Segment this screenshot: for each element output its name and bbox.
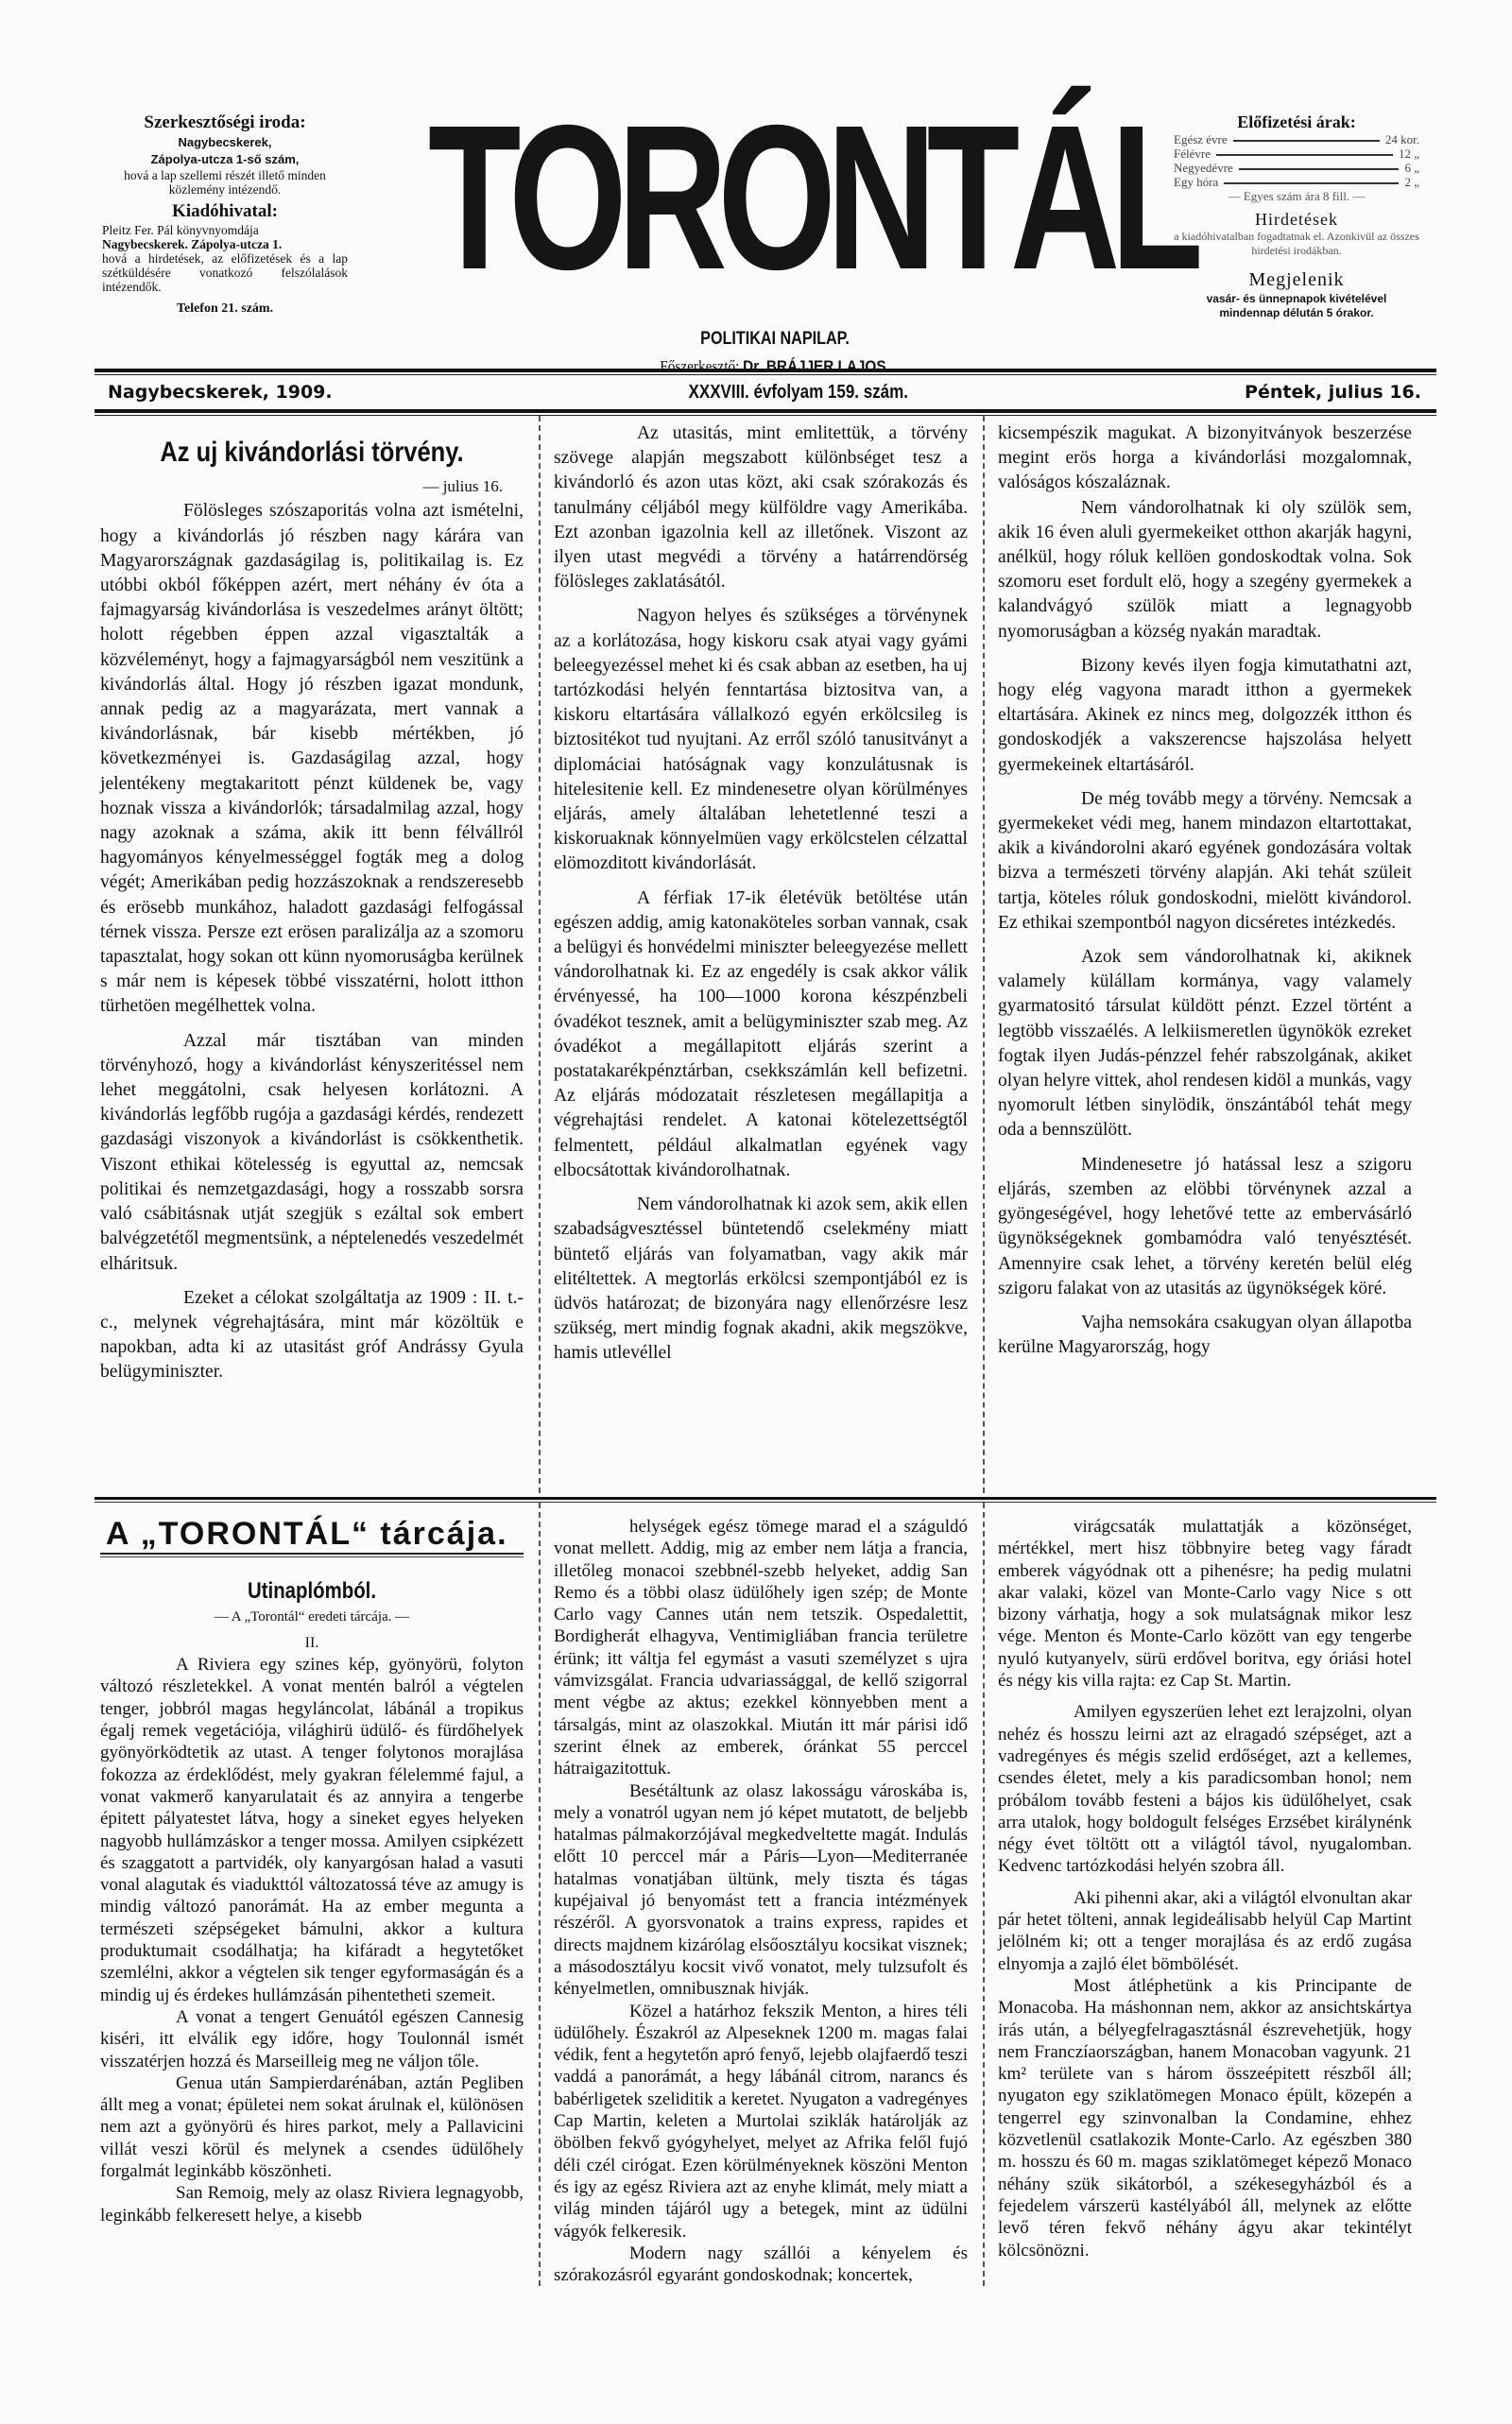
paragraph: Azzal már tisztában van minden törvényho… <box>100 1029 524 1277</box>
paragraph: Genua után Sampierdarénában, aztán Pegli… <box>100 2072 524 2182</box>
paragraph: virágcsaták mulattatják a közönséget, mé… <box>998 1516 1412 1692</box>
paragraph: Vajha nemsokára csakugyan olyan állapotb… <box>998 1311 1412 1360</box>
issue-date: Péntek, julius 16. <box>1245 382 1421 403</box>
feuilleton-section-title: A „TORONTÁL“ tárcája. <box>100 1503 524 1553</box>
feuilleton: A „TORONTÁL“ tárcája. Utinaplómból. — A … <box>94 1503 1436 2286</box>
part-number: II. <box>100 1632 524 1654</box>
paragraph: Aki pihenni akar, aki a világtól elvonul… <box>998 1887 1412 1975</box>
single-issue-price: — Egyes szám ára 8 fill. — <box>1174 189 1419 203</box>
price-row: Negyedévre6 „ <box>1174 161 1419 175</box>
price-row: Egy hóra2 „ <box>1174 175 1419 189</box>
paragraph: A férfiak 17-ik életévük betöltése után … <box>554 886 968 1183</box>
paragraph: San Remoig, mely az olasz Riviera legnag… <box>100 2182 524 2226</box>
title-block: TORONTÁL POLITIKAI NAPILAP. Főszerkesztő… <box>383 104 1167 376</box>
phone-number: Telefon 21. szám. <box>102 301 348 316</box>
paragraph: Nem vándorolhatnak ki oly szülök sem, ak… <box>998 496 1412 645</box>
newspaper-title: TORONTÁL <box>428 104 1008 293</box>
subscription-box: Előfizetési árak: Egész évre24 kor. Félé… <box>1174 112 1419 320</box>
publisher-line2: Nagybecskerek. Zápolya-utcza 1. <box>102 237 348 251</box>
dash-leader <box>1239 161 1400 170</box>
dash-leader <box>1233 132 1380 142</box>
price-row: Félévre12 „ <box>1174 146 1419 161</box>
masthead: Szerkesztőségi iroda: Nagybecskerek, Záp… <box>94 95 1436 369</box>
newspaper-subtitle: POLITIKAI NAPILAP. <box>441 329 1108 350</box>
office-street: Zápolya-utcza 1-ső szám, <box>102 151 348 168</box>
feuilleton-column-2: helységek egész tömege marad el a szágul… <box>539 1503 973 2286</box>
lead-article: Az uj kivándorlási törvény. — julius 16.… <box>94 416 1436 1493</box>
paragraph: A vonat a tengert Genuától egészen Canne… <box>100 2006 524 2072</box>
price-value: 24 kor. <box>1385 132 1419 146</box>
price-value: 2 „ <box>1404 175 1419 189</box>
paragraph: Nagyon helyes és szükséges a törvénynek … <box>554 604 968 876</box>
feuilleton-title-rule <box>100 1553 524 1557</box>
publisher-note: hová a hirdetések, az előfizetések és a … <box>102 251 348 294</box>
paragraph: Amilyen egyszerüen lehet ezt lerajzolni,… <box>998 1701 1412 1877</box>
feuilleton-column-3: virágcsaták mulattatják a közönséget, mé… <box>983 1503 1417 2286</box>
paragraph: A Riviera egy szines kép, gyönyörü, foly… <box>100 1654 524 2006</box>
paragraph: Azok sem vándorolhatnak ki, akiknek vala… <box>998 945 1412 1143</box>
publisher-line1: Pleitz Fer. Pál könyvnyomdája <box>102 223 348 237</box>
paragraph: Közel a határhoz fekszik Menton, a hires… <box>554 2001 968 2243</box>
dash-leader <box>1216 146 1393 156</box>
price-value: 12 „ <box>1399 146 1419 161</box>
article-column-2: Az utasitás, mint emlitettük, a törvény … <box>539 416 973 1493</box>
editor-name: Dr. BRÁJJER LAJOS. <box>743 357 890 375</box>
paragraph: Besétáltunk az olasz lakosságu városkába… <box>554 1780 968 2001</box>
price-row: Egész évre24 kor. <box>1174 132 1419 146</box>
article-column-1: Az uj kivándorlási törvény. — julius 16.… <box>94 416 529 1493</box>
article-headline: Az uj kivándorlási törvény. <box>132 440 492 465</box>
ads-note: a kiadóhivatalban fogadtatnak el. Azonki… <box>1174 230 1419 258</box>
article-dateline: — julius 16. <box>100 474 503 499</box>
paragraph: helységek egész tömege marad el a szágul… <box>554 1516 968 1780</box>
infobar-rule <box>94 409 1436 416</box>
paragraph: kicsempészik magukat. A bizonyitványok b… <box>998 421 1412 496</box>
office-city: Nagybecskerek, <box>102 134 348 151</box>
price-label: Negyedévre <box>1174 161 1233 175</box>
dash-leader <box>1224 175 1399 184</box>
appears-title: Megjelenik <box>1174 267 1419 292</box>
paragraph: Mindenesetre jó hatással lesz a szigoru … <box>998 1153 1412 1301</box>
place-year: Nagybecskerek, 1909. <box>108 382 333 403</box>
feuilleton-kicker: — A „Torontál“ eredeti tárcája. — <box>100 1607 524 1628</box>
office-title: Szerkesztőségi iroda: <box>102 112 348 134</box>
paragraph: Bizony kevés ilyen fogja kimutathatni az… <box>998 654 1412 778</box>
feuilleton-headline: Utinaplómból. <box>132 1580 492 1602</box>
price-label: Egész évre <box>1174 132 1228 146</box>
editor-label: Főszerkesztő: <box>660 357 739 375</box>
newspaper-page: Szerkesztőségi iroda: Nagybecskerek, Záp… <box>94 95 1436 2286</box>
publisher-title: Kiadóhivatal: <box>102 200 348 223</box>
feuilleton-column-1: A „TORONTÁL“ tárcája. Utinaplómból. — A … <box>94 1503 529 2286</box>
issue-info-bar: Nagybecskerek, 1909. XXXVIII. évfolyam 1… <box>94 375 1436 409</box>
price-value: 6 „ <box>1404 161 1419 175</box>
appears-note-1: vasár- és ünnepnapok kivételével <box>1174 292 1419 306</box>
paragraph: De még tovább megy a törvény. Nemcsak a … <box>998 787 1412 936</box>
office-note: hová a lap szellemi részét illető minden… <box>102 168 348 197</box>
paragraph: Az utasitás, mint emlitettük, a törvény … <box>554 421 968 594</box>
volume-number: XXXVIII. évfolyam 159. szám. <box>688 382 907 404</box>
ads-title: Hirdetések <box>1174 209 1419 230</box>
paragraph: Ezeket a célokat szolgáltatja az 1909 : … <box>100 1286 524 1385</box>
appears-note-2: mindennap délután 5 órakor. <box>1174 306 1419 320</box>
editor-line: Főszerkesztő: Dr. BRÁJJER LAJOS. <box>422 357 1128 376</box>
paragraph: Most átléphetünk a kis Principante de Mo… <box>998 1975 1412 2261</box>
price-label: Egy hóra <box>1174 175 1218 189</box>
editorial-office-box: Szerkesztőségi iroda: Nagybecskerek, Záp… <box>102 112 348 316</box>
paragraph: Modern nagy szállói a kényelem és szórak… <box>554 2243 968 2287</box>
paragraph: Fölösleges szószaporitás volna azt ismét… <box>100 499 524 1019</box>
price-label: Félévre <box>1174 146 1211 161</box>
paragraph: Nem vándorolhatnak ki azok sem, akik ell… <box>554 1193 968 1366</box>
article-column-3: kicsempészik magukat. A bizonyitványok b… <box>983 416 1417 1493</box>
prices-title: Előfizetési árak: <box>1174 112 1419 132</box>
